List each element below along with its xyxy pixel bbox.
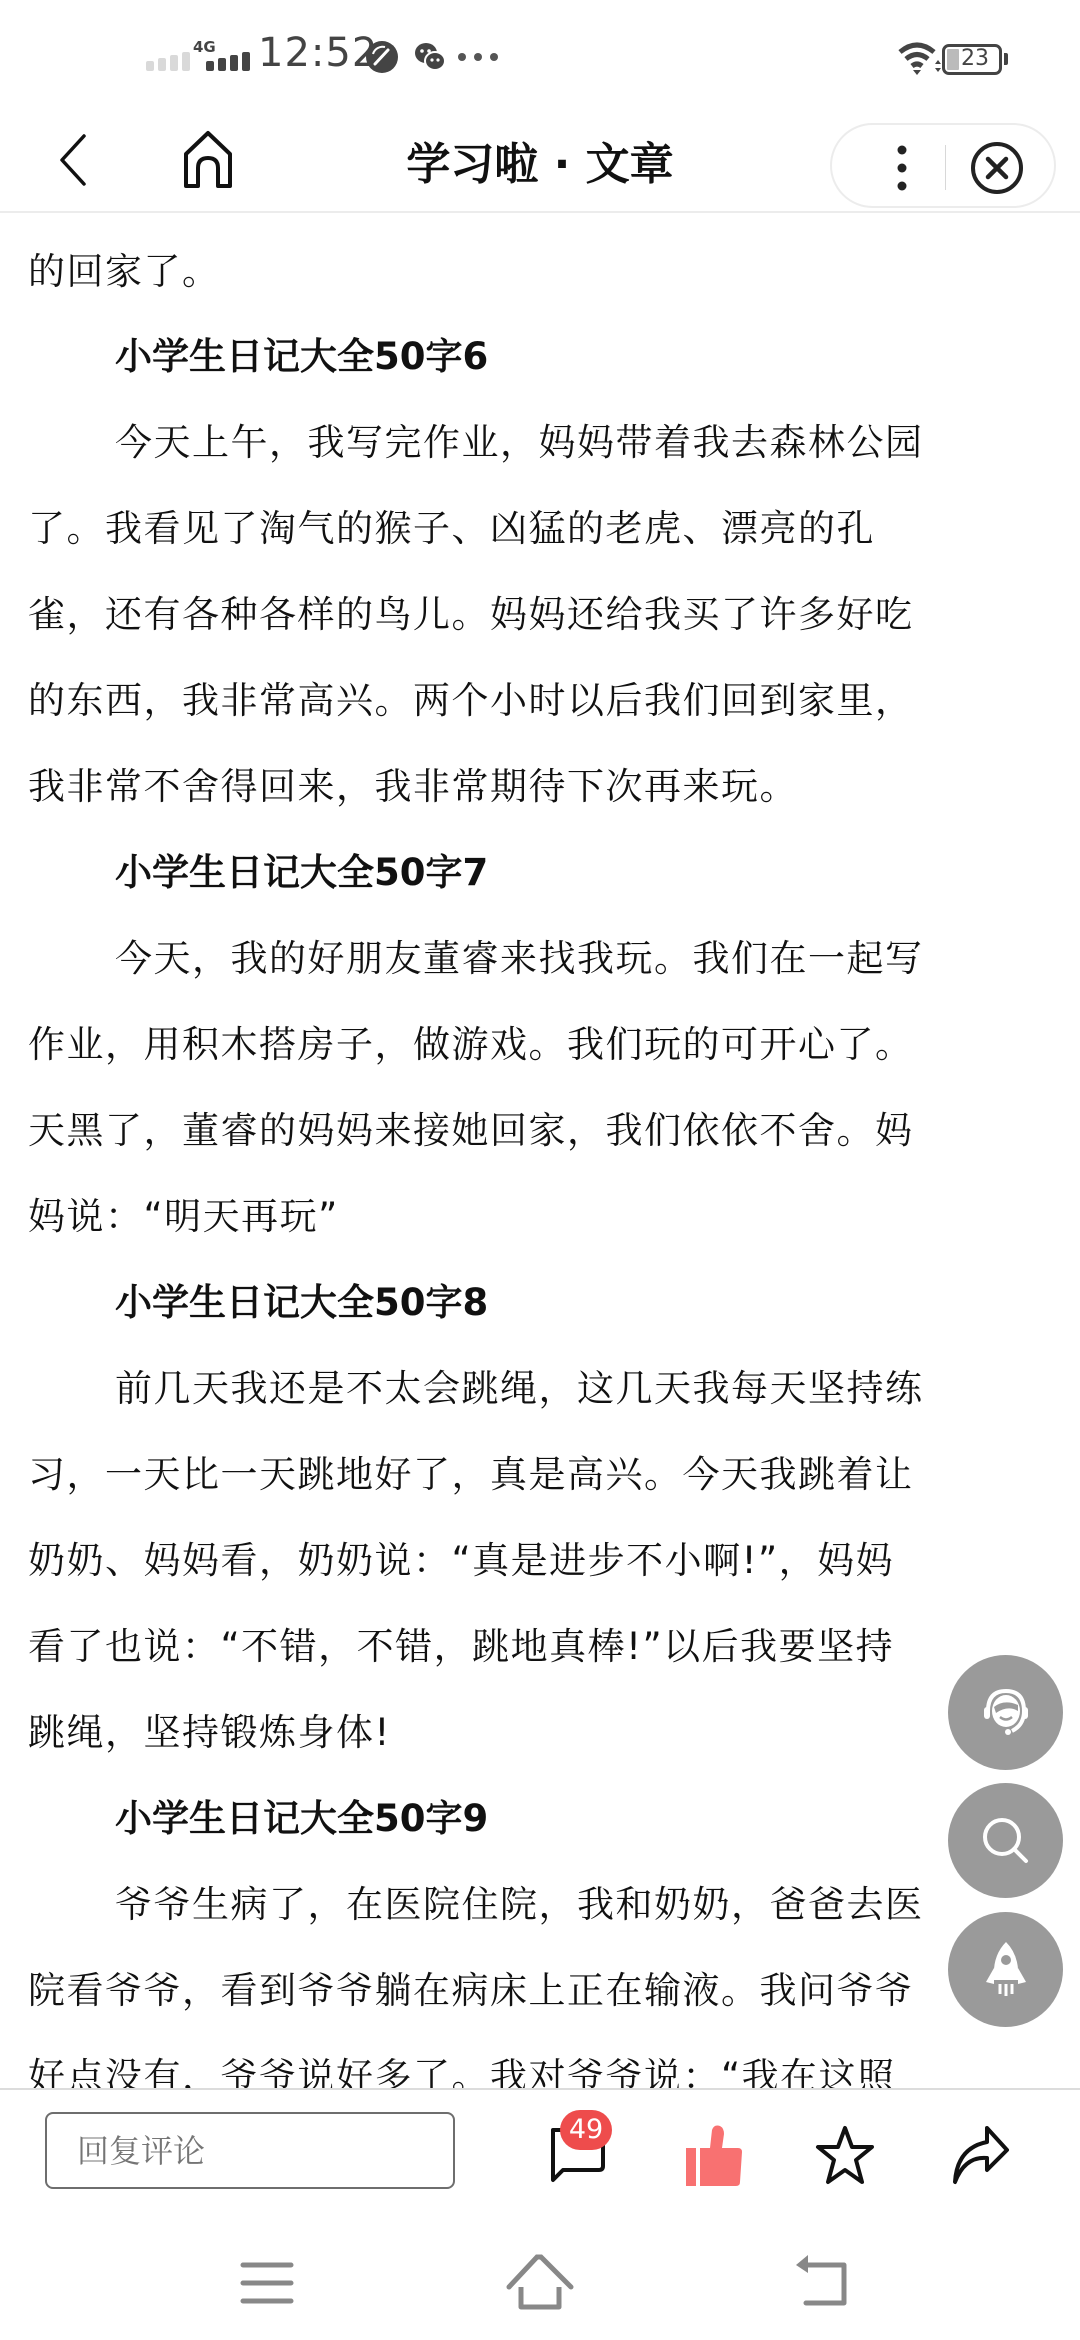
article-content: 的回家了。 小学生日记大全50字6 今天上午，我写完作业，妈妈带着我去森林公园 … — [0, 213, 1080, 2088]
nav-back-button[interactable] — [792, 2253, 862, 2313]
home-icon — [505, 2253, 575, 2313]
more-dots-icon — [458, 53, 498, 61]
body-text-line: 跳绳，坚持锻炼身体! — [28, 1709, 391, 1757]
search-icon — [976, 1811, 1036, 1871]
signal-sim2-icon — [206, 52, 250, 71]
body-text-line: 天黑了，董睿的妈妈来接她回家，我们依依不舍。妈 — [28, 1107, 914, 1155]
headset-agent-icon — [974, 1681, 1038, 1745]
customer-service-button[interactable] — [948, 1655, 1063, 1770]
close-button[interactable] — [970, 141, 1024, 195]
share-icon — [945, 2120, 1015, 2190]
battery-tip — [1004, 53, 1008, 65]
mini-program-capsule — [830, 123, 1056, 208]
back-icon — [792, 2253, 852, 2313]
favorite-button[interactable] — [810, 2120, 880, 2190]
body-text-line: 前几天我还是不太会跳绳，这几天我每天坚持练 — [115, 1365, 924, 1413]
battery-level: 23 — [961, 46, 989, 71]
body-text-line: 作业，用积木搭房子，做游戏。我们玩的可开心了。 — [28, 1021, 914, 1069]
close-circle-icon — [970, 141, 1024, 195]
body-text-line: 的东西，我非常高兴。两个小时以后我们回到家里， — [28, 677, 914, 725]
bottom-toolbar: 49 — [0, 2088, 1080, 2208]
menu-button[interactable] — [237, 2253, 307, 2313]
reply-comment-input[interactable] — [45, 2112, 455, 2189]
section-heading: 小学生日记大全50字7 — [115, 849, 488, 897]
capsule-divider — [945, 145, 946, 190]
share-button[interactable] — [945, 2120, 1015, 2190]
section-heading: 小学生日记大全50字8 — [115, 1279, 488, 1327]
wifi-icon — [898, 42, 942, 80]
rocket-icon — [976, 1938, 1036, 2002]
menu-icon — [237, 2253, 297, 2313]
body-text-line: 我非常不舍得回来，我非常期待下次再来玩。 — [28, 763, 798, 811]
body-text-line: 奶奶、妈妈看，奶奶说：“真是进步不小啊!”，妈妈 — [28, 1537, 894, 1585]
body-text-line: 的回家了。 — [28, 248, 221, 296]
more-button[interactable] — [890, 143, 914, 193]
thumbs-up-icon — [680, 2120, 750, 2190]
body-text-line: 了。我看见了淘气的猴子、凶猛的老虎、漂亮的孔 — [28, 505, 875, 553]
star-icon — [810, 2120, 880, 2190]
back-to-top-button[interactable] — [948, 1912, 1063, 2027]
speedometer-icon — [365, 40, 399, 78]
comment-count-badge: 49 — [560, 2110, 612, 2150]
body-text-line: 院看爷爷，看到爷爷躺在病床上正在输液。我问爷爷 — [28, 1967, 914, 2015]
body-text-line: 习，一天比一天跳地好了，真是高兴。今天我跳着让 — [28, 1451, 914, 1499]
body-text-line: 好点没有，爷爷说好多了。我对爷爷说：“我在这照 — [28, 2053, 896, 2088]
like-button[interactable] — [680, 2120, 750, 2190]
body-text-line: 今天上午，我写完作业，妈妈带着我去森林公园 — [115, 419, 924, 467]
more-vertical-icon — [890, 143, 914, 193]
battery-icon: 23 — [942, 44, 1002, 75]
body-text-line: 雀，还有各种各样的鸟儿。妈妈还给我买了许多好吃 — [28, 591, 914, 639]
wechat-icon — [413, 40, 447, 78]
section-heading: 小学生日记大全50字6 — [115, 333, 488, 381]
status-bar: 4G 12:52 23 — [0, 0, 1080, 110]
system-navigation-bar — [0, 2208, 1080, 2340]
body-text-line: 看了也说：“不错，不错，跳地真棒!”以后我要坚持 — [28, 1623, 894, 1671]
signal-sim1-icon — [146, 52, 190, 71]
body-text-line: 妈说：“明天再玩” — [28, 1193, 339, 1241]
body-text-line: 爷爷生病了，在医院住院，我和奶奶，爸爸去医 — [115, 1881, 924, 1929]
clock: 12:52 — [258, 30, 378, 76]
body-text-line: 今天，我的好朋友董睿来找我玩。我们在一起写 — [115, 935, 924, 983]
page-header: 学习啦 · 文章 — [0, 110, 1080, 213]
nav-home-button[interactable] — [505, 2253, 575, 2313]
search-button[interactable] — [948, 1783, 1063, 1898]
section-heading: 小学生日记大全50字9 — [115, 1795, 488, 1843]
